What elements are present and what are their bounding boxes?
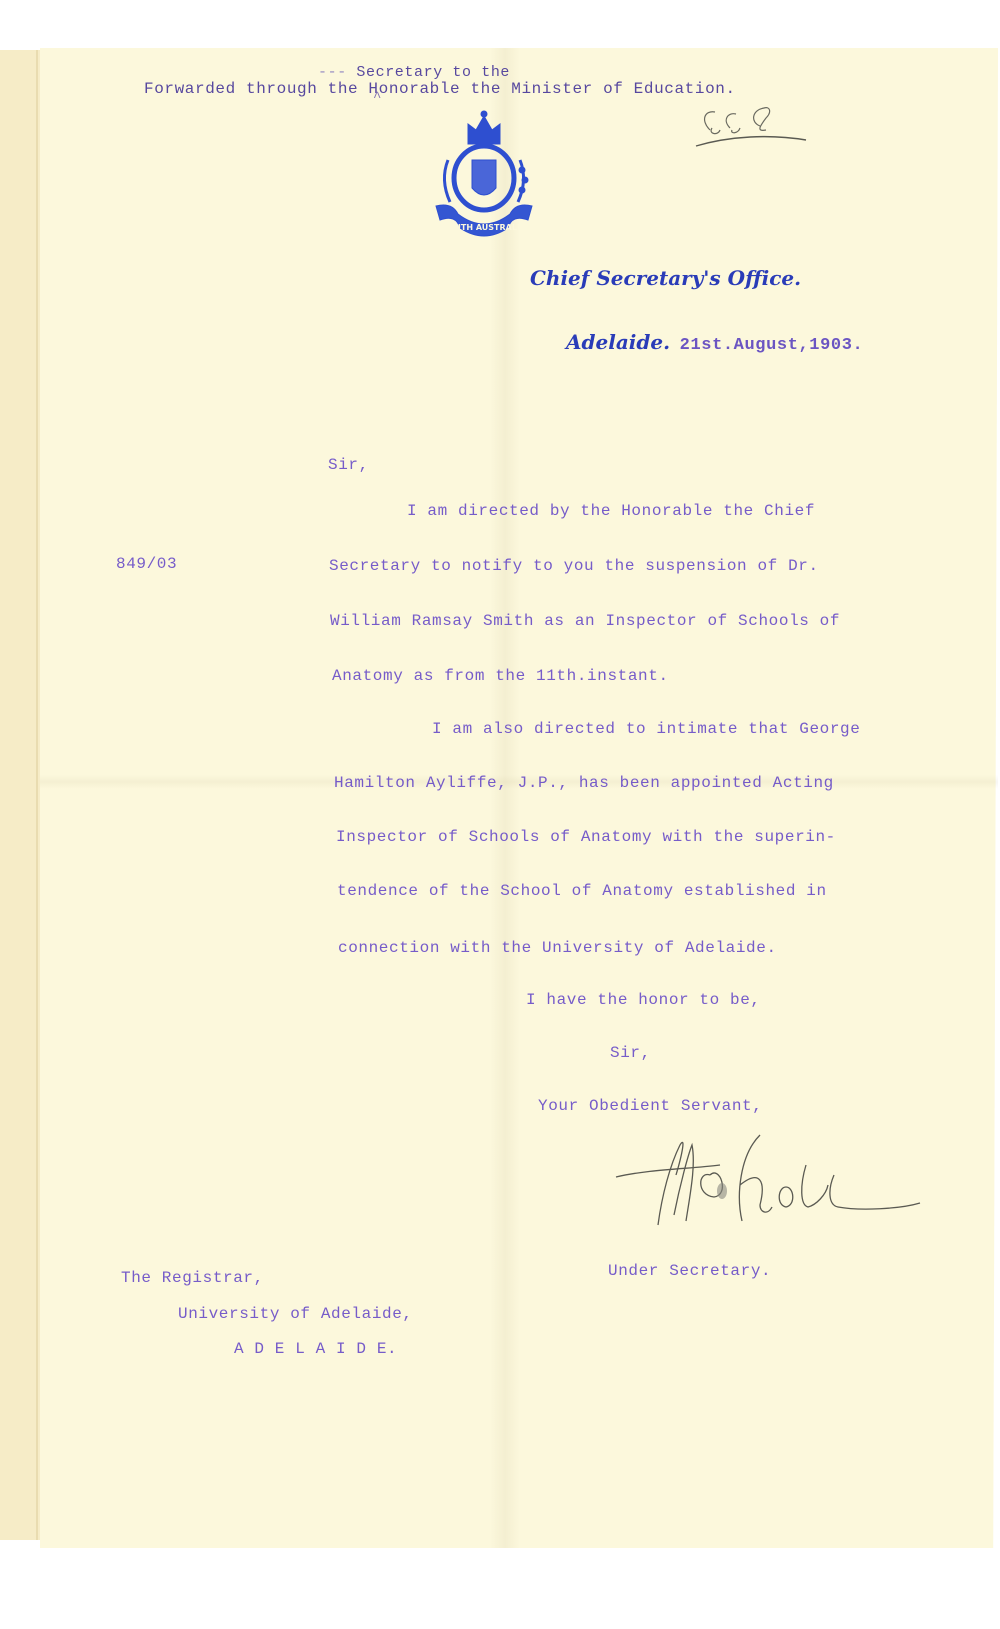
addressee-line-1: The Registrar, [121, 1269, 264, 1287]
body-line-7: Inspector of Schools of Anatomy with the… [336, 828, 836, 846]
signatory-title: Under Secretary. [608, 1262, 771, 1280]
body-line-8: tendence of the School of Anatomy establ… [337, 882, 827, 900]
svg-text:SOUTH AUSTRALIA: SOUTH AUSTRALIA [442, 223, 527, 232]
addressee-line-3: A D E L A I D E. [234, 1340, 397, 1358]
body-line-9: connection with the University of Adelai… [338, 939, 777, 957]
closing-line-1: I have the honor to be, [526, 991, 761, 1009]
date-label: 21st.August,1903. [680, 336, 864, 355]
closing-line-3: Your Obedient Servant, [538, 1097, 762, 1115]
body-line-3: William Ramsay Smith as an Inspector of … [330, 612, 840, 630]
insertion-label: Secretary to the [356, 64, 510, 81]
insertion-text: --- Secretary to the [318, 64, 510, 81]
salutation: Sir, [328, 456, 369, 474]
body-line-2: Secretary to notify to you the suspensio… [329, 557, 819, 575]
closing-line-2: Sir, [610, 1044, 651, 1062]
body-line-1: I am directed by the Honorable the Chief [407, 502, 815, 520]
south-australia-crest-icon: SOUTH AUSTRALIA [432, 110, 536, 244]
forwarded-line: Forwarded through the Honorable the Mini… [144, 80, 736, 98]
place-label: Adelaide. [566, 330, 670, 354]
handwritten-initials-icon [690, 100, 810, 150]
fold-edge [36, 50, 38, 1540]
reference-number: 849/03 [116, 555, 177, 573]
caret-mark: ^ [373, 90, 382, 106]
addressee-line-2: University of Adelaide, [178, 1305, 413, 1323]
date-line: Adelaide. 21st.August,1903. [566, 330, 863, 355]
signature-icon [610, 1125, 930, 1235]
vertical-fold-crease [490, 48, 520, 1548]
body-line-4: Anatomy as from the 11th.instant. [332, 667, 669, 685]
office-heading: Chief Secretary's Office. [530, 266, 801, 290]
body-line-6: Hamilton Ayliffe, J.P., has been appoint… [334, 774, 834, 792]
body-line-5: I am also directed to intimate that Geor… [432, 720, 860, 738]
